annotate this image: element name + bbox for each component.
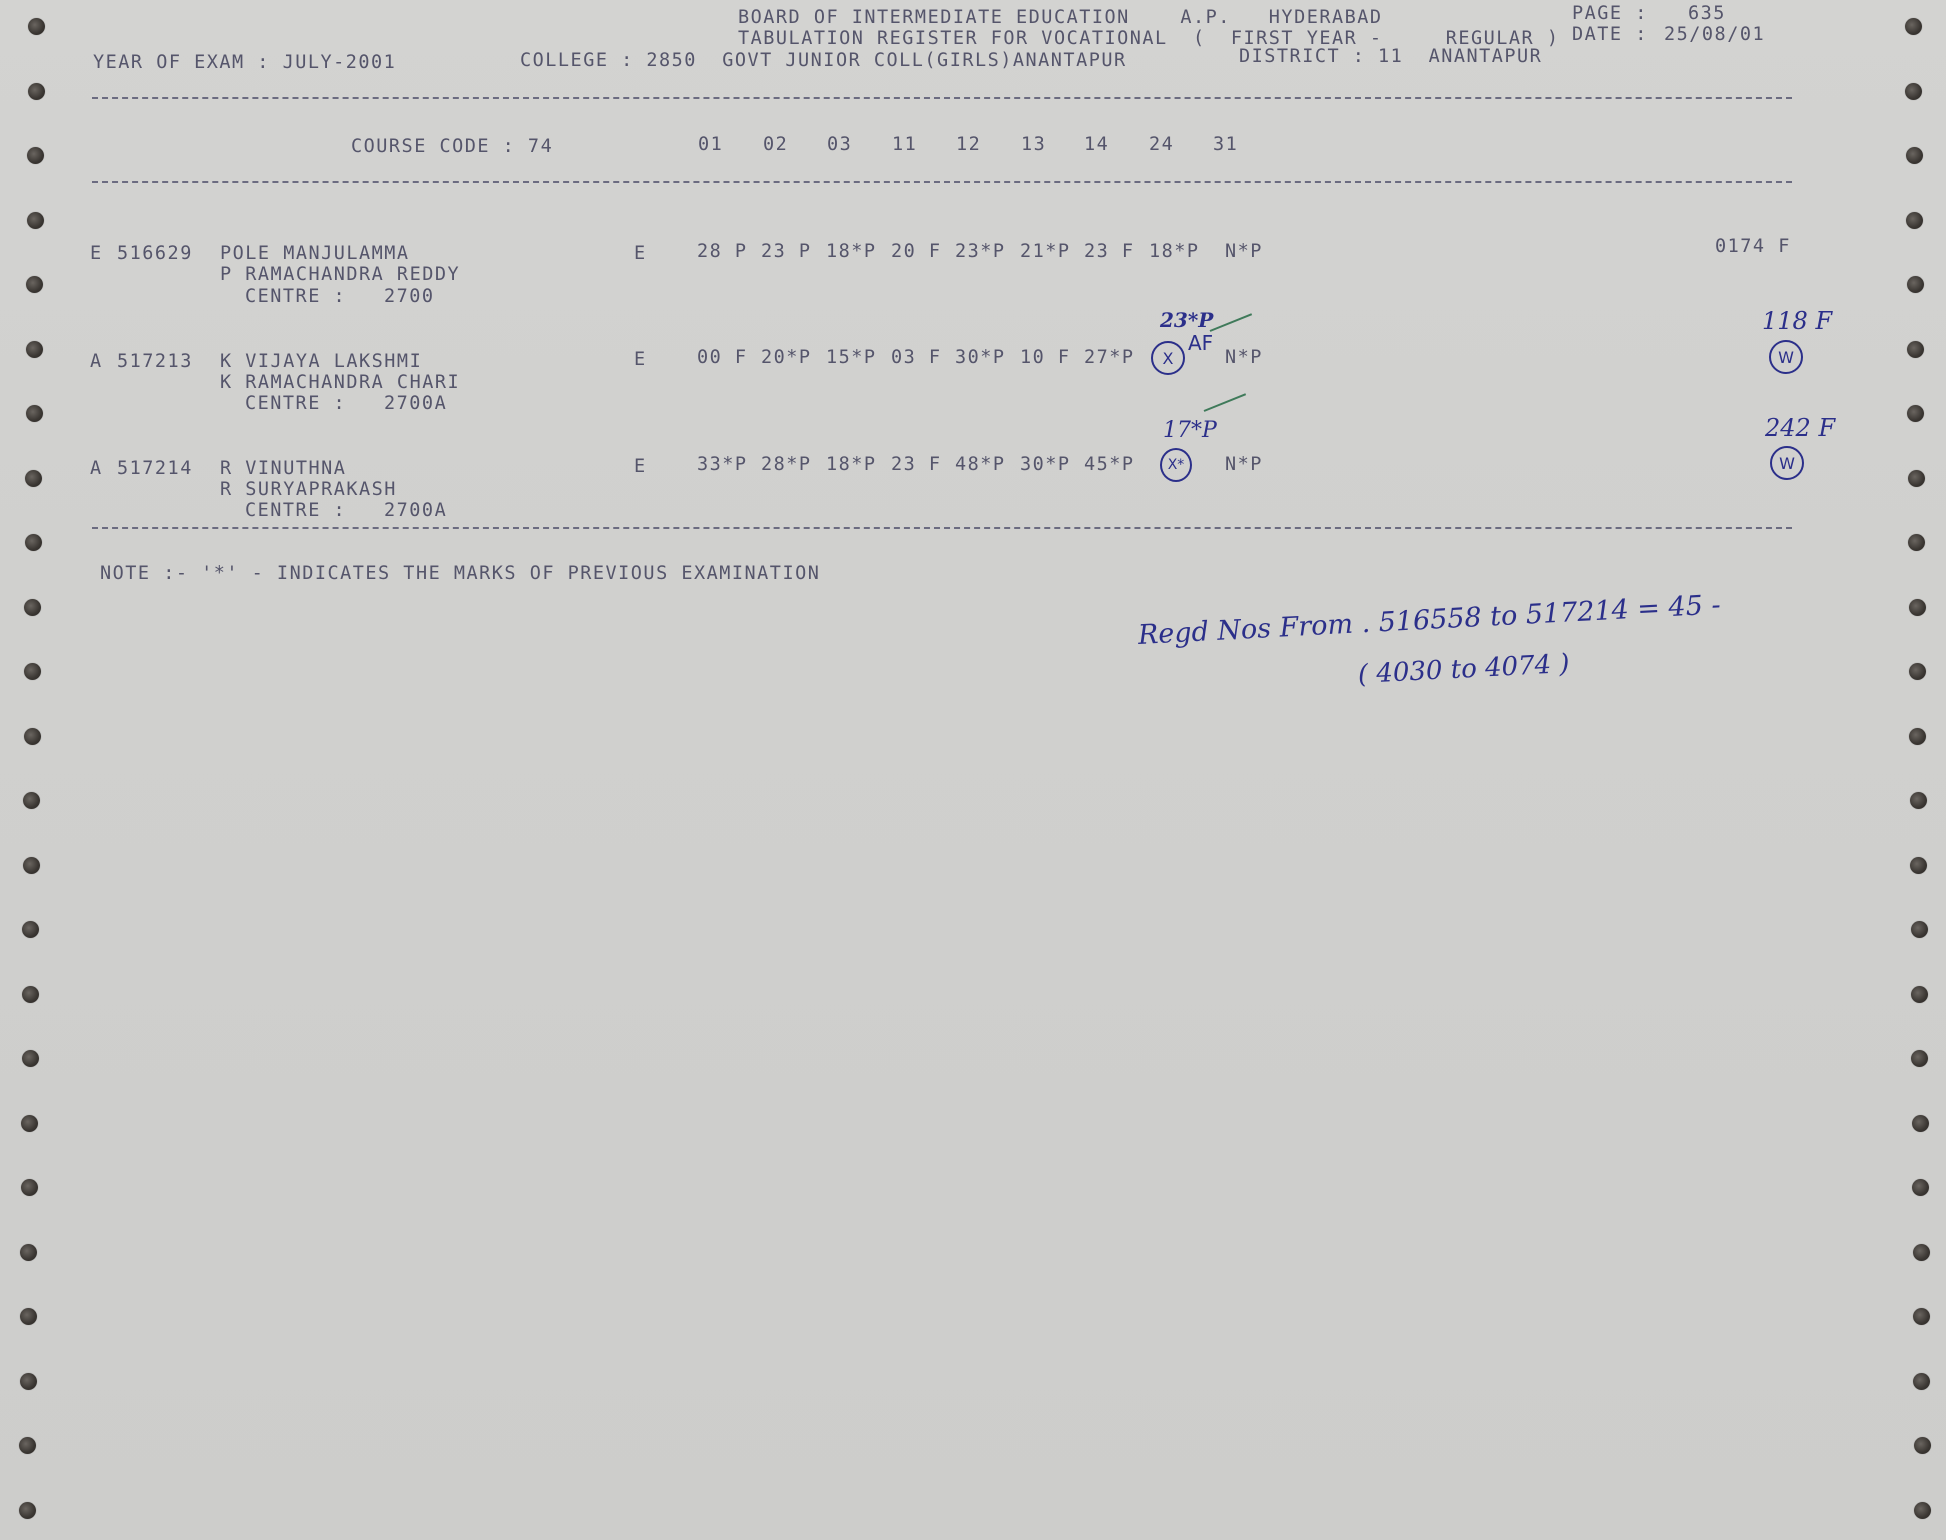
subject-code: 12 xyxy=(956,135,981,155)
subject-code: 14 xyxy=(1084,135,1109,155)
feed-hole xyxy=(24,599,41,616)
feed-hole xyxy=(22,1050,39,1067)
reg-number: 517214 xyxy=(117,459,193,479)
mark-cell: 10 F xyxy=(1020,348,1071,368)
feed-hole xyxy=(21,1179,38,1196)
student-name: POLE MANJULAMMA xyxy=(220,244,410,264)
check-mark xyxy=(1210,313,1252,332)
feed-hole xyxy=(1914,1502,1931,1519)
feed-hole xyxy=(27,212,44,229)
divider xyxy=(92,527,1792,529)
subject-code: 01 xyxy=(698,135,723,155)
feed-hole xyxy=(24,663,41,680)
circled-mark: X xyxy=(1151,341,1185,375)
handwritten-correction: 23*P xyxy=(1160,308,1213,332)
feed-hole xyxy=(23,792,40,809)
mark-cell: 23 P xyxy=(761,242,812,262)
mark-cell: 27*P xyxy=(1084,348,1135,368)
student-name: R VINUTHNA xyxy=(220,459,346,479)
feed-hole xyxy=(1909,599,1926,616)
mark-cell: 15*P xyxy=(826,348,877,368)
mark-cell: 23 F xyxy=(1084,242,1135,262)
year-of-exam: YEAR OF EXAM : JULY-2001 xyxy=(93,53,396,73)
feed-hole xyxy=(1906,147,1923,164)
mark-cell: 21*P xyxy=(1020,242,1071,262)
check-mark xyxy=(1204,393,1246,412)
mark-cell: 48*P xyxy=(955,455,1006,475)
subject-code: 13 xyxy=(1021,135,1046,155)
feed-hole xyxy=(28,83,45,100)
date-value: 25/08/01 xyxy=(1664,25,1765,45)
feed-hole xyxy=(22,921,39,938)
feed-hole xyxy=(1912,1179,1929,1196)
mark-cell: 30*P xyxy=(955,348,1006,368)
feed-hole xyxy=(25,470,42,487)
right-feed-holes xyxy=(1892,0,1922,1540)
college-info: COLLEGE : 2850 GOVT JUNIOR COLL(GIRLS)AN… xyxy=(520,51,1127,71)
feed-hole xyxy=(1908,534,1925,551)
course-code: COURSE CODE : 74 xyxy=(351,137,553,157)
mark-cell: N*P xyxy=(1225,348,1263,368)
reg-number: 517213 xyxy=(117,352,193,372)
mark-cell: 30*P xyxy=(1020,455,1071,475)
footnote: NOTE :- '*' - INDICATES THE MARKS OF PRE… xyxy=(100,564,820,584)
subject-code: 11 xyxy=(892,135,917,155)
reg-number: 516629 xyxy=(117,244,193,264)
feed-hole xyxy=(1909,663,1926,680)
mark-cell: N*P xyxy=(1225,242,1263,262)
feed-hole xyxy=(1911,921,1928,938)
centre-code: CENTRE : 2700A xyxy=(245,501,447,521)
centre-code: CENTRE : 2700A xyxy=(245,394,447,414)
divider xyxy=(92,181,1792,183)
feed-hole xyxy=(26,405,43,422)
feed-hole xyxy=(1912,1115,1929,1132)
medium: E xyxy=(634,457,647,477)
handwritten-total: 118 F xyxy=(1762,307,1832,335)
mark-cell: 03 F xyxy=(891,348,942,368)
parent-name: R SURYAPRAKASH xyxy=(220,480,397,500)
withheld-mark: W xyxy=(1769,340,1803,374)
subject-code: 03 xyxy=(827,135,852,155)
handwritten-annotation: AF xyxy=(1188,331,1213,355)
total-marks: 0174 F xyxy=(1715,237,1791,257)
mark-cell: 28*P xyxy=(761,455,812,475)
student-name: K VIJAYA LAKSHMI xyxy=(220,352,422,372)
mark-cell: 20*P xyxy=(761,348,812,368)
student-category: A xyxy=(90,352,103,372)
subject-code: 31 xyxy=(1213,135,1238,155)
feed-hole xyxy=(25,534,42,551)
feed-hole xyxy=(1914,1437,1931,1454)
feed-hole xyxy=(1907,405,1924,422)
withheld-mark: W xyxy=(1770,446,1804,480)
feed-hole xyxy=(1911,986,1928,1003)
board-line: BOARD OF INTERMEDIATE EDUCATION A.P. HYD… xyxy=(738,8,1383,28)
feed-hole xyxy=(1907,276,1924,293)
mark-cell: 45*P xyxy=(1084,455,1135,475)
feed-hole xyxy=(26,276,43,293)
feed-hole xyxy=(24,728,41,745)
parent-name: K RAMACHANDRA CHARI xyxy=(220,373,460,393)
subject-code: 02 xyxy=(763,135,788,155)
feed-hole xyxy=(1910,792,1927,809)
mark-cell: 23 F xyxy=(891,455,942,475)
feed-hole xyxy=(26,341,43,358)
feed-hole xyxy=(20,1308,37,1325)
feed-hole xyxy=(27,147,44,164)
mark-cell: 00 F xyxy=(697,348,748,368)
feed-hole xyxy=(23,857,40,874)
mark-cell: 23*P xyxy=(955,242,1006,262)
mark-cell: 33*P xyxy=(697,455,748,475)
date-label: DATE : xyxy=(1572,25,1648,45)
feed-hole xyxy=(1905,83,1922,100)
subject-code: 24 xyxy=(1149,135,1174,155)
handwritten-note-line-2: ( 4030 to 4074 ) xyxy=(1357,649,1570,690)
feed-hole xyxy=(1910,857,1927,874)
tabulation-register-sheet: BOARD OF INTERMEDIATE EDUCATION A.P. HYD… xyxy=(0,0,1946,1540)
feed-hole xyxy=(1908,470,1925,487)
feed-hole xyxy=(22,986,39,1003)
circled-mark: X* xyxy=(1160,448,1192,482)
page-number: 635 xyxy=(1688,4,1726,24)
mark-cell: 18*P xyxy=(1149,242,1200,262)
mark-cell: N*P xyxy=(1225,455,1263,475)
student-category: E xyxy=(90,244,103,264)
feed-hole xyxy=(1913,1244,1930,1261)
parent-name: P RAMACHANDRA REDDY xyxy=(220,265,460,285)
feed-hole xyxy=(1911,1050,1928,1067)
feed-hole xyxy=(20,1244,37,1261)
feed-hole xyxy=(1913,1373,1930,1390)
left-feed-holes xyxy=(10,0,40,1540)
feed-hole xyxy=(20,1373,37,1390)
feed-hole xyxy=(1909,728,1926,745)
medium: E xyxy=(634,350,647,370)
handwritten-note-line-1: Regd Nos From . 516558 to 517214 = 45 - xyxy=(1137,589,1721,650)
district-info: DISTRICT : 11 ANANTAPUR xyxy=(1239,47,1542,67)
feed-hole xyxy=(19,1437,36,1454)
medium: E xyxy=(634,244,647,264)
feed-hole xyxy=(1906,212,1923,229)
handwritten-correction: 17*P xyxy=(1163,418,1217,443)
feed-hole xyxy=(21,1115,38,1132)
mark-cell: 28 P xyxy=(697,242,748,262)
feed-hole xyxy=(28,18,45,35)
mark-cell: 18*P xyxy=(826,455,877,475)
feed-hole xyxy=(19,1502,36,1519)
feed-hole xyxy=(1913,1308,1930,1325)
centre-code: CENTRE : 2700 xyxy=(245,287,435,307)
mark-cell: 20 F xyxy=(891,242,942,262)
divider xyxy=(92,97,1792,99)
mark-cell: 18*P xyxy=(826,242,877,262)
feed-hole xyxy=(1905,18,1922,35)
student-category: A xyxy=(90,459,103,479)
feed-hole xyxy=(1907,341,1924,358)
handwritten-total: 242 F xyxy=(1765,414,1835,442)
page-label: PAGE : xyxy=(1572,4,1648,24)
